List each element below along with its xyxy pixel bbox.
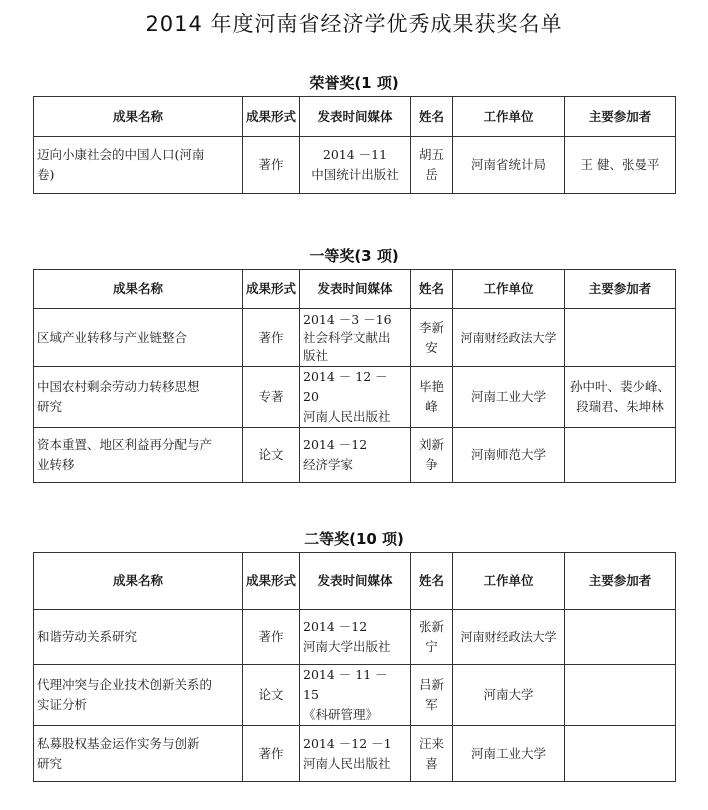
section-title-honorary: 荣誉奖(1 项) [0, 72, 708, 93]
participants-cell: 王 健、张曼平 [565, 137, 676, 194]
table-row: 资本重置、地区利益再分配与产 业转移 论文 2014 －12 经济学家 刘新争 … [34, 428, 676, 483]
pub-line: 经济学家 [303, 455, 407, 475]
pub-line: 版社 [303, 347, 407, 365]
header-participants: 主要参加者 [565, 97, 676, 137]
name-line: 卷) [37, 165, 239, 185]
header-achievement-form: 成果形式 [243, 553, 300, 610]
header-participants: 主要参加者 [565, 553, 676, 610]
achievement-name-cell: 区域产业转移与产业链整合 [34, 309, 243, 367]
participants-cell [565, 726, 676, 782]
second-prize-table: 成果名称 成果形式 发表时间媒体 姓名 工作单位 主要参加者 和谐劳动关系研究 … [33, 552, 676, 782]
person-cell: 毕艳峰 [411, 367, 453, 428]
publication-cell: 2014 －11 中国统计出版社 [300, 137, 411, 194]
achievement-form-cell: 著作 [243, 137, 300, 194]
table-row: 中国农村剩余劳动力转移思想 研究 专著 2014 － 12 － 20 河南人民出… [34, 367, 676, 428]
table-header-row: 成果名称 成果形式 发表时间媒体 姓名 工作单位 主要参加者 [34, 97, 676, 137]
publication-cell: 2014 －12 河南大学出版社 [300, 610, 411, 665]
pub-line: 河南大学出版社 [303, 637, 407, 657]
name-line: 实证分析 [37, 695, 239, 715]
person-cell: 刘新争 [411, 428, 453, 483]
pub-line: 2014 － 11 － 15 [303, 665, 407, 705]
section-title-first-prize: 一等奖(3 项) [0, 245, 708, 266]
header-achievement-form: 成果形式 [243, 270, 300, 309]
work-unit-cell: 河南财经政法大学 [453, 610, 565, 665]
header-achievement-name: 成果名称 [34, 553, 243, 610]
person-cell: 李新安 [411, 309, 453, 367]
header-publication: 发表时间媒体 [300, 270, 411, 309]
work-unit-cell: 河南省统计局 [453, 137, 565, 194]
name-line: 私募股权基金运作实务与创新 [37, 734, 239, 754]
name-line: 资本重置、地区利益再分配与产 [37, 435, 239, 455]
person-cell: 吕新军 [411, 665, 453, 726]
work-unit-cell: 河南大学 [453, 665, 565, 726]
work-unit-cell: 河南工业大学 [453, 367, 565, 428]
participants-cell [565, 428, 676, 483]
participants-cell [565, 610, 676, 665]
header-person: 姓名 [411, 97, 453, 137]
header-achievement-name: 成果名称 [34, 270, 243, 309]
honorary-award-table: 成果名称 成果形式 发表时间媒体 姓名 工作单位 主要参加者 迈向小康社会的中国… [33, 96, 676, 194]
achievement-name-cell: 代理冲突与企业技术创新关系的 实证分析 [34, 665, 243, 726]
table-row: 私募股权基金运作实务与创新 研究 著作 2014 －12 －1 河南人民出版社 … [34, 726, 676, 782]
table-row: 迈向小康社会的中国人口(河南 卷) 著作 2014 －11 中国统计出版社 胡五… [34, 137, 676, 194]
achievement-name-cell: 中国农村剩余劳动力转移思想 研究 [34, 367, 243, 428]
table-header-row: 成果名称 成果形式 发表时间媒体 姓名 工作单位 主要参加者 [34, 270, 676, 309]
achievement-form-cell: 著作 [243, 610, 300, 665]
participants-cell: 孙中叶、裴少峰、 段瑞君、朱坤林 [565, 367, 676, 428]
name-line: 代理冲突与企业技术创新关系的 [37, 675, 239, 695]
pub-line: 河南人民出版社 [303, 407, 407, 427]
name-line: 研究 [37, 397, 239, 417]
publication-cell: 2014 －3 －16 社会科学文献出 版社 [300, 309, 411, 367]
pub-line: 2014 －12 [303, 435, 407, 455]
achievement-name-cell: 迈向小康社会的中国人口(河南 卷) [34, 137, 243, 194]
name-line: 迈向小康社会的中国人口(河南 [37, 145, 239, 165]
achievement-name-cell: 资本重置、地区利益再分配与产 业转移 [34, 428, 243, 483]
achievement-form-cell: 论文 [243, 665, 300, 726]
person-cell: 汪来喜 [411, 726, 453, 782]
pub-line: 社会科学文献出 [303, 329, 407, 347]
participants-cell [565, 309, 676, 367]
section-title-second-prize: 二等奖(10 项) [0, 528, 708, 549]
publication-cell: 2014 －12 经济学家 [300, 428, 411, 483]
header-participants: 主要参加者 [565, 270, 676, 309]
name-line: 业转移 [37, 455, 239, 475]
pub-line: 中国统计出版社 [303, 165, 407, 185]
table-row: 代理冲突与企业技术创新关系的 实证分析 论文 2014 － 11 － 15 《科… [34, 665, 676, 726]
pub-line: 2014 －12 －1 [303, 734, 407, 754]
name-line: 中国农村剩余劳动力转移思想 [37, 377, 239, 397]
person-cell: 张新宁 [411, 610, 453, 665]
achievement-form-cell: 著作 [243, 726, 300, 782]
pub-line: 《科研管理》 [303, 705, 407, 725]
header-publication: 发表时间媒体 [300, 97, 411, 137]
header-achievement-form: 成果形式 [243, 97, 300, 137]
participants-cell [565, 665, 676, 726]
table-row: 区域产业转移与产业链整合 著作 2014 －3 －16 社会科学文献出 版社 李… [34, 309, 676, 367]
name-line: 研究 [37, 754, 239, 774]
pub-line: 2014 －11 [303, 145, 407, 165]
work-unit-cell: 河南财经政法大学 [453, 309, 565, 367]
work-unit-cell: 河南工业大学 [453, 726, 565, 782]
achievement-form-cell: 著作 [243, 309, 300, 367]
person-cell: 胡五岳 [411, 137, 453, 194]
header-work-unit: 工作单位 [453, 270, 565, 309]
pub-line: 2014 －12 [303, 617, 407, 637]
table-header-row: 成果名称 成果形式 发表时间媒体 姓名 工作单位 主要参加者 [34, 553, 676, 610]
achievement-name-cell: 私募股权基金运作实务与创新 研究 [34, 726, 243, 782]
publication-cell: 2014 － 11 － 15 《科研管理》 [300, 665, 411, 726]
first-prize-table: 成果名称 成果形式 发表时间媒体 姓名 工作单位 主要参加者 区域产业转移与产业… [33, 269, 676, 483]
header-person: 姓名 [411, 270, 453, 309]
header-work-unit: 工作单位 [453, 97, 565, 137]
publication-cell: 2014 －12 －1 河南人民出版社 [300, 726, 411, 782]
pub-line: 河南人民出版社 [303, 754, 407, 774]
pub-line: 2014 － 12 － 20 [303, 367, 407, 407]
achievement-form-cell: 专著 [243, 367, 300, 428]
table-row: 和谐劳动关系研究 著作 2014 －12 河南大学出版社 张新宁 河南财经政法大… [34, 610, 676, 665]
publication-cell: 2014 － 12 － 20 河南人民出版社 [300, 367, 411, 428]
pub-line: 2014 －3 －16 [303, 311, 407, 329]
participants-line: 孙中叶、裴少峰、 [568, 377, 672, 397]
achievement-name-cell: 和谐劳动关系研究 [34, 610, 243, 665]
header-work-unit: 工作单位 [453, 553, 565, 610]
work-unit-cell: 河南师范大学 [453, 428, 565, 483]
header-achievement-name: 成果名称 [34, 97, 243, 137]
achievement-form-cell: 论文 [243, 428, 300, 483]
header-publication: 发表时间媒体 [300, 553, 411, 610]
document-title: 2014 年度河南省经济学优秀成果获奖名单 [0, 8, 708, 38]
participants-line: 段瑞君、朱坤林 [568, 397, 672, 417]
header-person: 姓名 [411, 553, 453, 610]
